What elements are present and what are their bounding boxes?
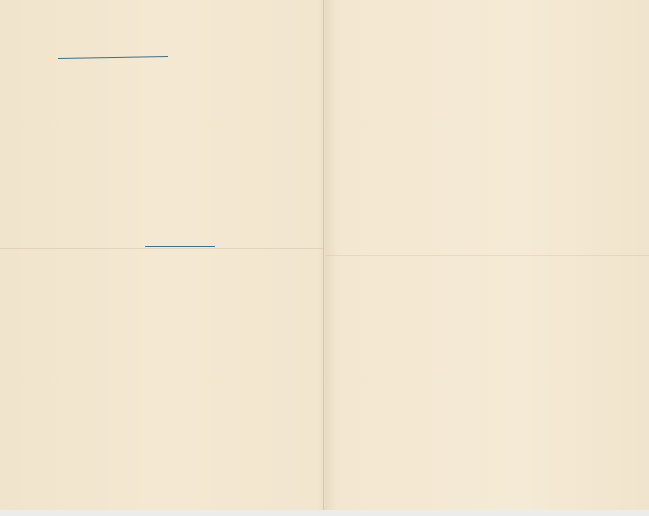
scanned-letter xyxy=(0,0,649,516)
right-horizontal-fold xyxy=(325,255,649,256)
underline xyxy=(145,246,215,247)
left-horizontal-fold xyxy=(0,248,323,249)
